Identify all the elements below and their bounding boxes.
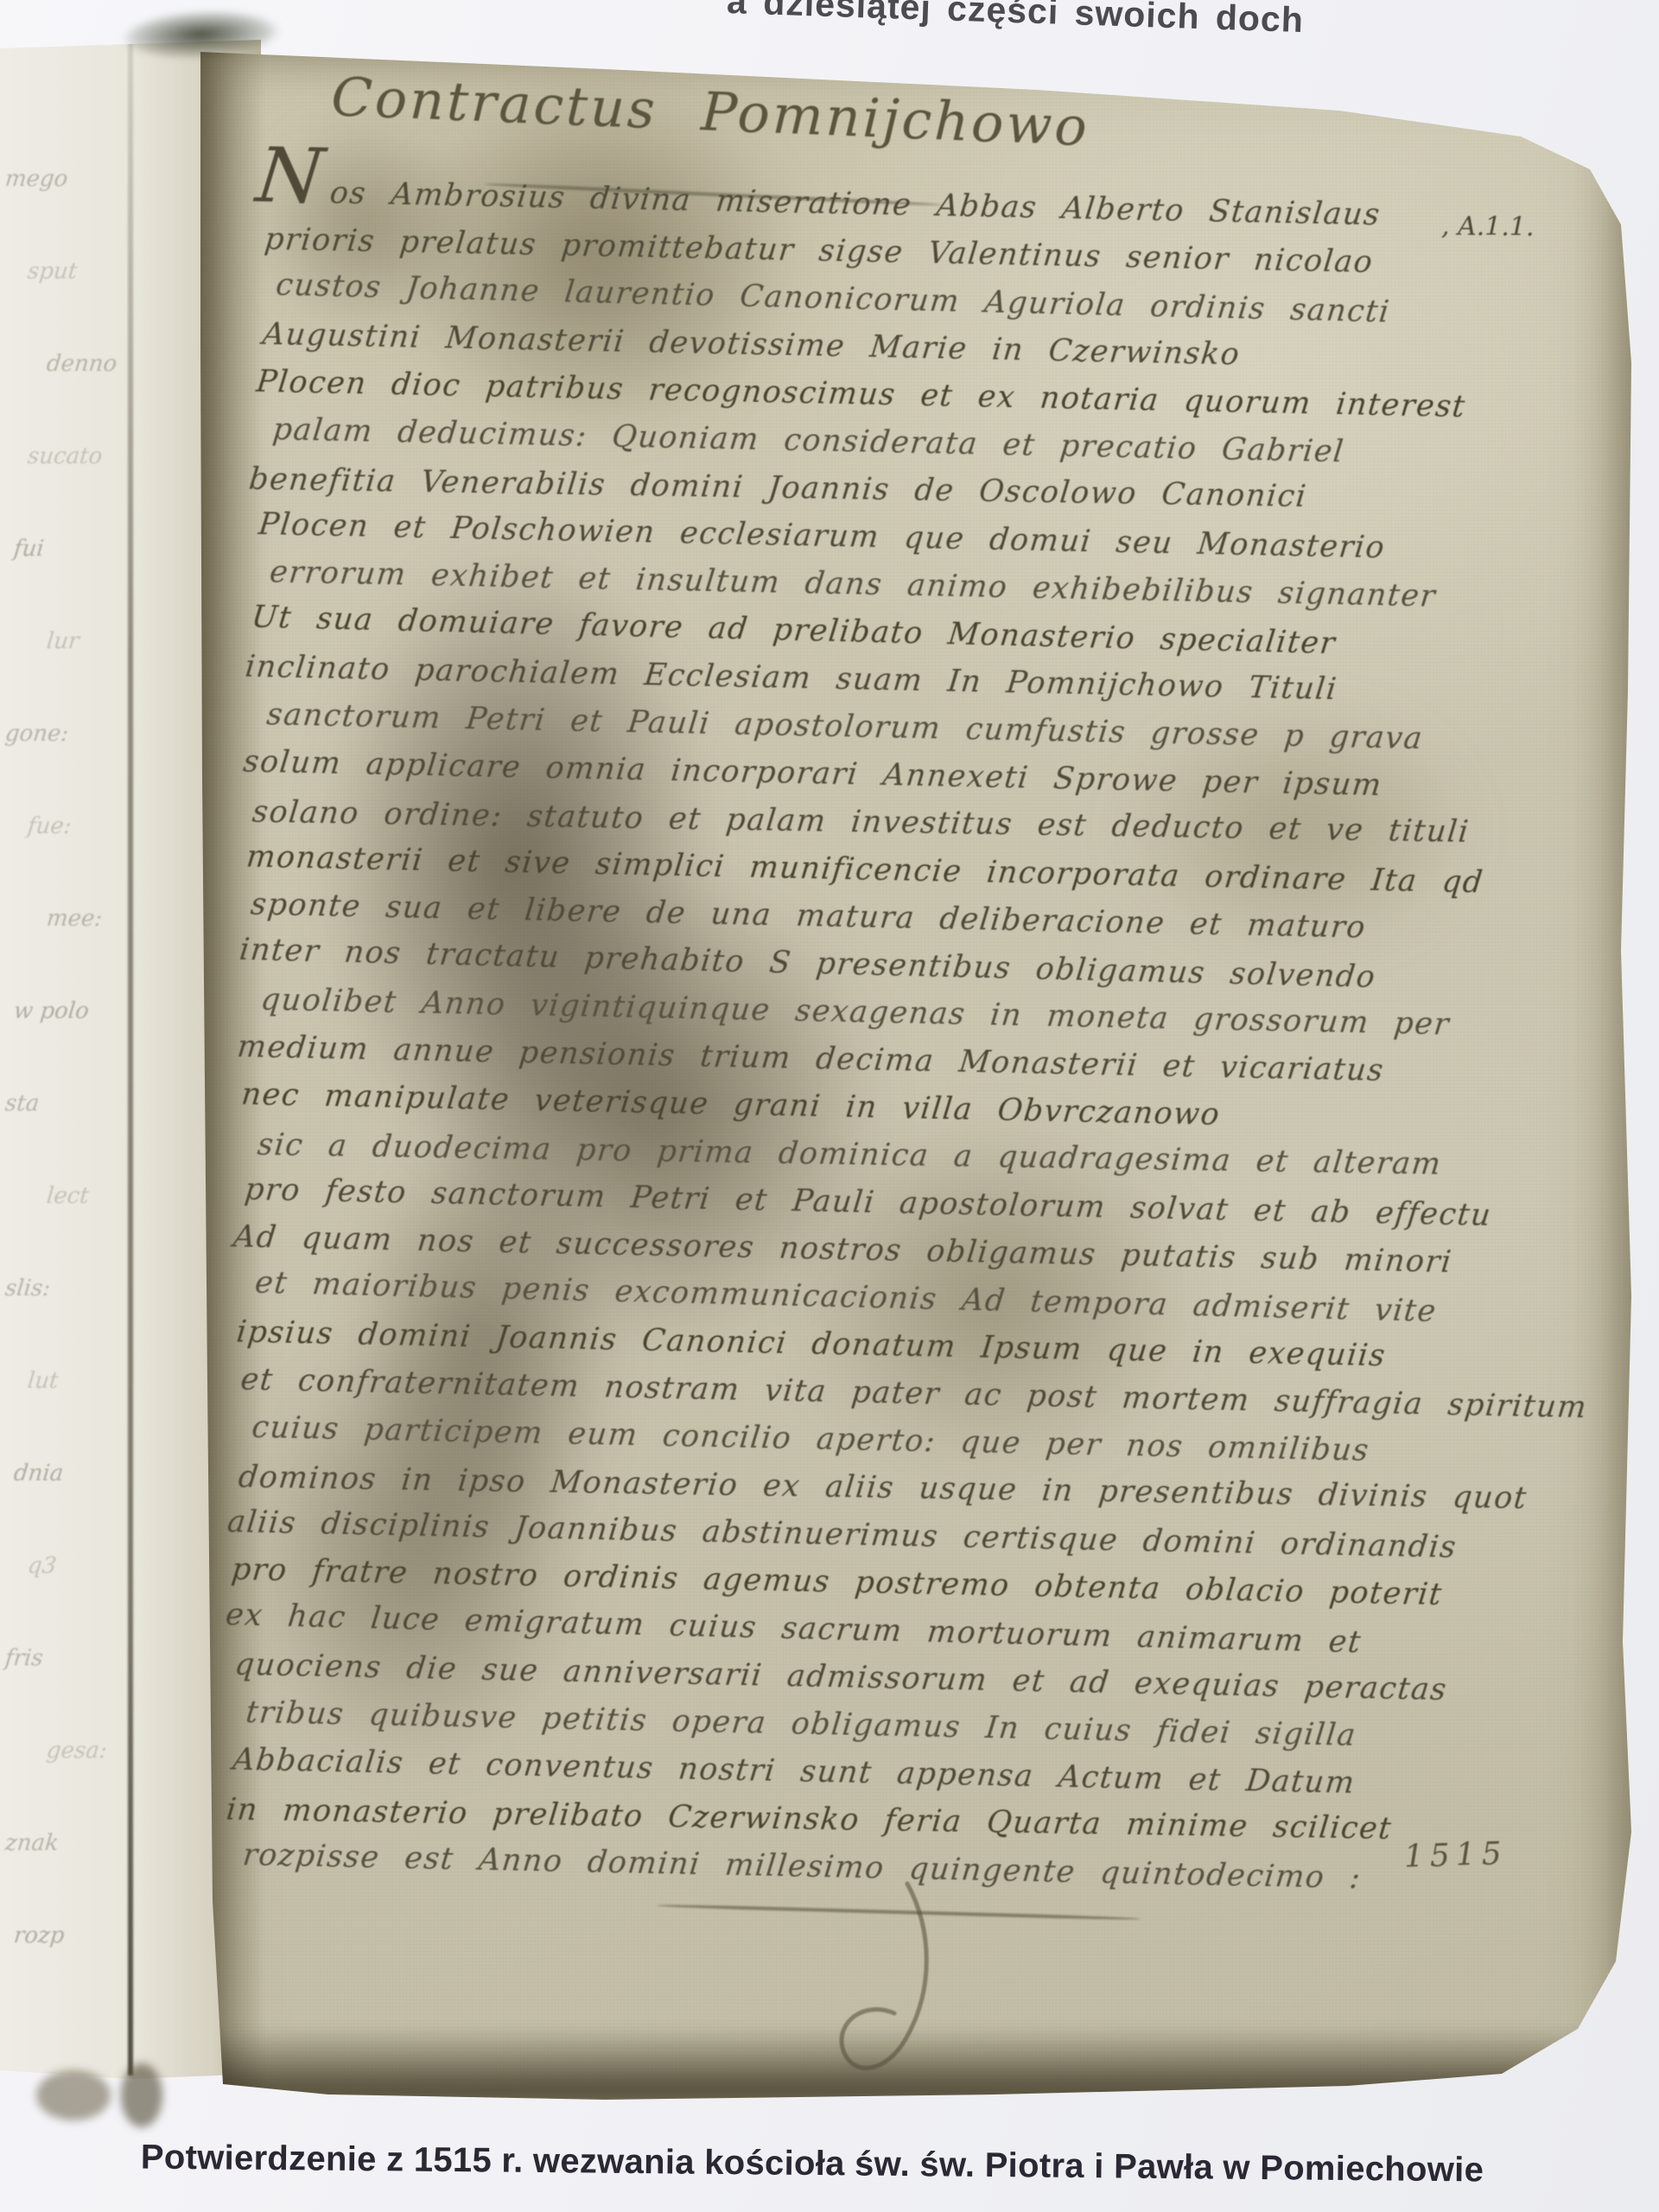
marginal-note: mee: xyxy=(41,873,139,965)
marginal-note: dnia xyxy=(9,1427,139,1520)
marginal-note: q3 xyxy=(22,1520,139,1612)
stain-drip xyxy=(36,2070,111,2120)
marginal-note: fue: xyxy=(22,780,139,873)
photo-caption: Potwierdzenie z 1515 r. wezwania kościoł… xyxy=(60,2138,1564,2191)
marginal-note: znak xyxy=(0,1797,139,1890)
marginal-note: sucato xyxy=(22,410,139,503)
marginal-note: mego xyxy=(0,133,139,226)
marginalia-column: megosputdennosucatofuilurgone:fue:mee:w … xyxy=(5,133,135,1982)
year-mark: 1515 xyxy=(1403,1836,1508,1875)
marginal-note: gesa: xyxy=(41,1705,139,1797)
marginal-note: lut xyxy=(22,1335,139,1427)
marginal-note: fris xyxy=(0,1612,139,1705)
marginal-note: w polo xyxy=(9,965,139,1058)
manuscript-page: Contractus Pomnijchowo , A.1.1. Nos Ambr… xyxy=(199,48,1633,2104)
stain-drip xyxy=(121,2063,162,2127)
marginal-note: denno xyxy=(41,318,139,410)
manuscript-body: Nos Ambrosius divina miseratione Abbas A… xyxy=(220,168,1448,1904)
marginal-note: fui xyxy=(9,503,139,595)
marginal-note: rozp xyxy=(9,1890,139,1982)
marginal-note: sta xyxy=(0,1058,139,1150)
marginal-note: sput xyxy=(22,226,139,318)
flourish-descender xyxy=(804,1879,1002,2087)
marginal-note: gone: xyxy=(0,688,139,780)
manuscript-title: Contractus Pomnijchowo xyxy=(330,65,1090,158)
marginal-note: lur xyxy=(41,595,139,688)
printed-text-fragment: a dziesiątej części swoich doch xyxy=(726,0,1304,41)
corner-annotation: , A.1.1. xyxy=(1441,211,1535,242)
marginal-note: slis: xyxy=(0,1243,139,1335)
book-photo: a dziesiątej części swoich doch megosput… xyxy=(0,0,1659,2212)
marginal-note: lect xyxy=(41,1150,139,1243)
